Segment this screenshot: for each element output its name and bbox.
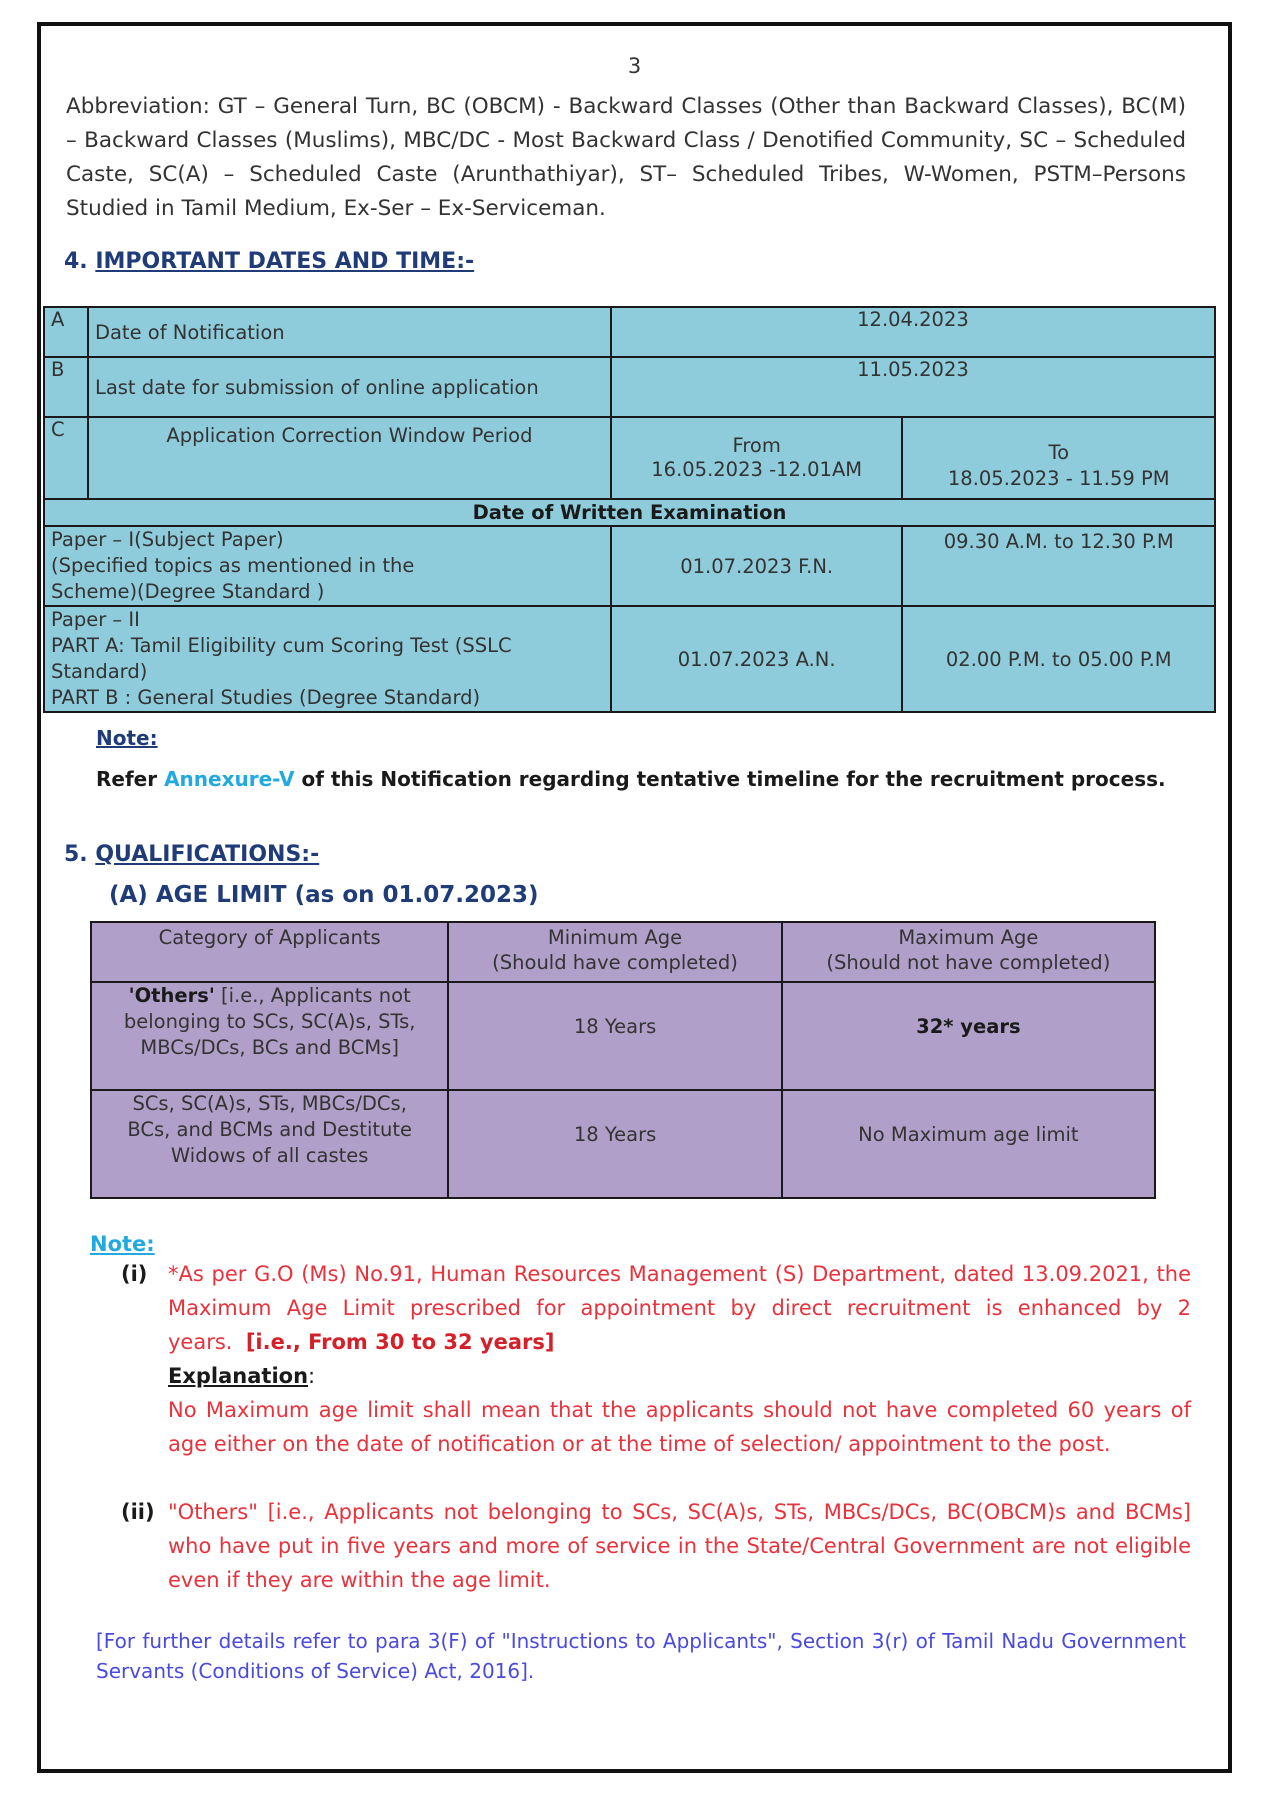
explanation-label: Explanation [168,1364,308,1388]
header-line: Category of Applicants [98,925,441,950]
row-key: A [44,307,88,357]
note-item-body: "Others" [i.e., Applicants not belonging… [168,1495,1191,1597]
paper-line: PART A: Tamil Eligibility cum Scoring Te… [51,633,604,685]
page-number: 3 [41,54,1228,78]
table-row: B Last date for submission of online app… [44,357,1215,417]
exam-header: Date of Written Examination [44,499,1215,526]
header-line: (Should have completed) [455,950,774,975]
paper-line: (Specified topics as mentioned in the [51,553,604,579]
paper-line: PART B : General Studies (Degree Standar… [51,685,604,711]
annexure-link[interactable]: Annexure-V [164,767,294,791]
row-key: C [44,417,88,499]
category-cell: SCs, SC(A)s, STs, MBCs/DCs, BCs, and BCM… [91,1090,448,1198]
exam-date: 01.07.2023 A.N. [611,606,903,712]
section-5-heading: 5. QUALIFICATIONS:- [64,842,319,867]
paper-line: Paper – II [51,607,604,633]
table-header-row: Category of Applicants Minimum Age (Shou… [91,922,1155,982]
note-suffix: of this Notification regarding tentative… [294,767,1165,791]
paper-line: Scheme)(Degree Standard ) [51,579,604,605]
header-line: (Should not have completed) [789,950,1148,975]
correction-to-cell: To 18.05.2023 - 11.59 PM [902,417,1215,499]
exam-time: 09.30 A.M. to 12.30 P.M [902,526,1215,606]
header-min-age: Minimum Age (Should have completed) [448,922,781,982]
explanation-text: No Maximum age limit shall mean that the… [168,1393,1191,1461]
section-number: 5. [64,842,88,867]
max-age-cell: No Maximum age limit [782,1090,1155,1198]
table-row: C Application Correction Window Period F… [44,417,1215,499]
from-value: 16.05.2023 -12.01AM [618,458,896,482]
note-item-number: (i) [121,1257,147,1291]
section-title: QUALIFICATIONS:- [95,842,319,867]
header-max-age: Maximum Age (Should not have completed) [782,922,1155,982]
exam-date: 01.07.2023 F.N. [611,526,903,606]
row-label: Date of Notification [88,307,611,357]
age-limit-table: Category of Applicants Minimum Age (Shou… [90,921,1156,1199]
note-label: Note: [90,1232,155,1256]
row-label: Last date for submission of online appli… [88,357,611,417]
table-row: Paper – II PART A: Tamil Eligibility cum… [44,606,1215,712]
header-category: Category of Applicants [91,922,448,982]
section-title: IMPORTANT DATES AND TIME:- [95,249,474,274]
to-label: To [909,440,1208,466]
abbreviation-paragraph: Abbreviation: GT – General Turn, BC (OBC… [66,90,1186,226]
paper-cell: Paper – I(Subject Paper) (Specified topi… [44,526,611,606]
row-label: Application Correction Window Period [88,417,611,499]
exam-time: 02.00 P.M. to 05.00 P.M [902,606,1215,712]
paper-cell: Paper – II PART A: Tamil Eligibility cum… [44,606,611,712]
row-value: 12.04.2023 [611,307,1215,357]
from-label: From [618,434,896,458]
row-key: B [44,357,88,417]
category-cell: 'Others' [i.e., Applicants not belonging… [91,982,448,1090]
to-value: 18.05.2023 - 11.59 PM [909,466,1208,492]
note-item: (ii) "Others" [i.e., Applicants not belo… [121,1495,1191,1597]
category-bold: 'Others' [129,984,215,1007]
note-label: Note: [96,726,158,750]
table-row: A Date of Notification 12.04.2023 [44,307,1215,357]
table-row: SCs, SC(A)s, STs, MBCs/DCs, BCs, and BCM… [91,1090,1155,1198]
important-dates-table: A Date of Notification 12.04.2023 B Last… [43,306,1216,713]
paper-line: Paper – I(Subject Paper) [51,527,604,553]
min-age-cell: 18 Years [448,982,781,1090]
age-limit-subheading: (A) AGE LIMIT (as on 01.07.2023) [109,882,539,908]
table-row: Date of Written Examination [44,499,1215,526]
table-row: Paper – I(Subject Paper) (Specified topi… [44,526,1215,606]
note-item-body: *As per G.O (Ms) No.91, Human Resources … [168,1257,1191,1461]
note-prefix: Refer [96,767,164,791]
section-4-heading: 4. IMPORTANT DATES AND TIME:- [64,249,474,274]
footer-reference: [For further details refer to para 3(F) … [96,1626,1186,1686]
min-age-cell: 18 Years [448,1090,781,1198]
correction-from-cell: From 16.05.2023 -12.01AM [611,417,903,499]
section-number: 4. [64,249,88,274]
note-item-bold: [i.e., From 30 to 32 years] [246,1330,555,1354]
row-value: 11.05.2023 [611,357,1215,417]
note-item-number: (ii) [121,1495,155,1529]
max-age-cell: 32* years [782,982,1155,1090]
page-frame: 3 Abbreviation: GT – General Turn, BC (O… [37,22,1232,1773]
note-text: Refer Annexure-V of this Notification re… [96,766,1176,793]
table-row: 'Others' [i.e., Applicants not belonging… [91,982,1155,1090]
header-line: Minimum Age [455,925,774,950]
header-line: Maximum Age [789,925,1148,950]
note-item: (i) *As per G.O (Ms) No.91, Human Resour… [121,1257,1191,1461]
